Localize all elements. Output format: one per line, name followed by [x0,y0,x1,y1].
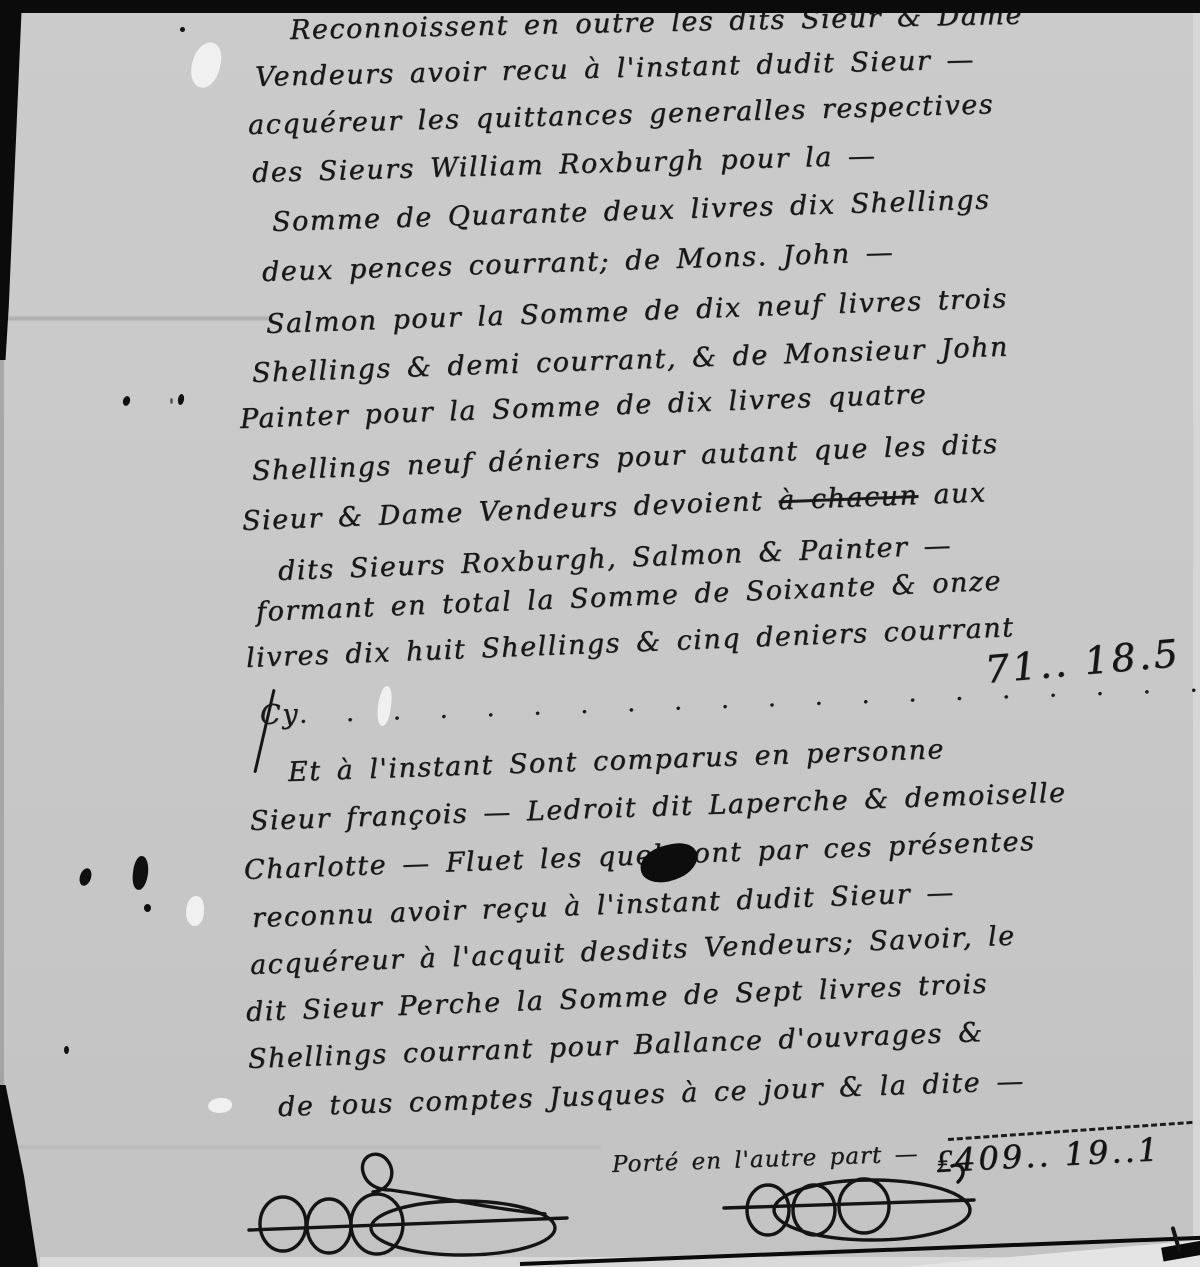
manuscript-line: dit Sieur Perche la Somme de Sept livres… [245,969,988,1028]
manuscript-line: Charlotte — Fluet les quels ont par ces … [243,826,1035,886]
damage-spot [208,1098,232,1113]
damage-spot [188,40,225,91]
ink-speck [131,855,151,891]
paper-crease [0,1146,600,1148]
manuscript-line: Somme de Quarante deux livres dix Shelli… [272,184,991,238]
paraph-flourish-left [245,1150,590,1262]
line-text: aux [918,477,987,511]
ink-speck [144,904,151,912]
paper-crease [0,317,270,320]
scan-edge-left [0,0,22,360]
blotted-word: Laperche [708,785,850,821]
line-text: Sieur françois — Ledroit dit [249,790,708,837]
line-text: Sieur & Dame Vendeurs devoient [241,485,778,537]
paraph-flourish-right [722,1162,982,1254]
manuscript-line: Sieur & Dame Vendeurs devoient à chacun … [241,477,987,537]
manuscript-line: Vendeurs avoir recu à l'instant dudit Si… [255,44,976,93]
manuscript-line: reconnu avoir reçu à l'instant dudit Sie… [251,877,955,934]
manuscript-line: Shellings neuf déniers pour autant que l… [251,429,999,487]
manuscript-line: de tous comptes Jusques à ce jour & la d… [277,1066,1025,1123]
manuscript-line: Painter pour la Somme de dix livres quat… [239,379,927,435]
ink-speck [122,395,131,406]
manuscript-line: Salmon pour la Somme de dix neuf livres … [265,283,1008,340]
flourish-tail [952,1165,963,1182]
manuscript-page: Reconnoissent en outre les dits Sieur & … [0,0,1200,1267]
ink-speck [170,398,173,404]
ink-speck [180,27,185,32]
manuscript-line: deux pences courrant; de Mons. John — [262,237,895,288]
damage-spot [186,896,204,926]
struck-text: à chacun [778,480,919,516]
scan-edge-top [0,0,1200,13]
ink-speck [77,867,93,888]
manuscript-line: Et à l'instant Sont comparus en personne [287,734,945,788]
line-text: & demoiselle [848,777,1066,816]
manuscript-line: acquéreur les quittances generalles resp… [248,89,995,141]
manuscript-line: des Sieurs William Roxburgh pour la — [252,141,877,189]
manuscript-line: Shellings courrant pour Ballance d'ouvra… [247,1017,984,1075]
ink-speck [177,394,185,406]
scan-edge-bottom-left [0,1085,40,1267]
manuscript-line: Sieur françois — Ledroit dit Laperche & … [249,777,1067,836]
scan-right-strip [1193,13,1200,1267]
scan-edge-left-faint [0,330,4,1090]
ink-speck [64,1046,69,1054]
